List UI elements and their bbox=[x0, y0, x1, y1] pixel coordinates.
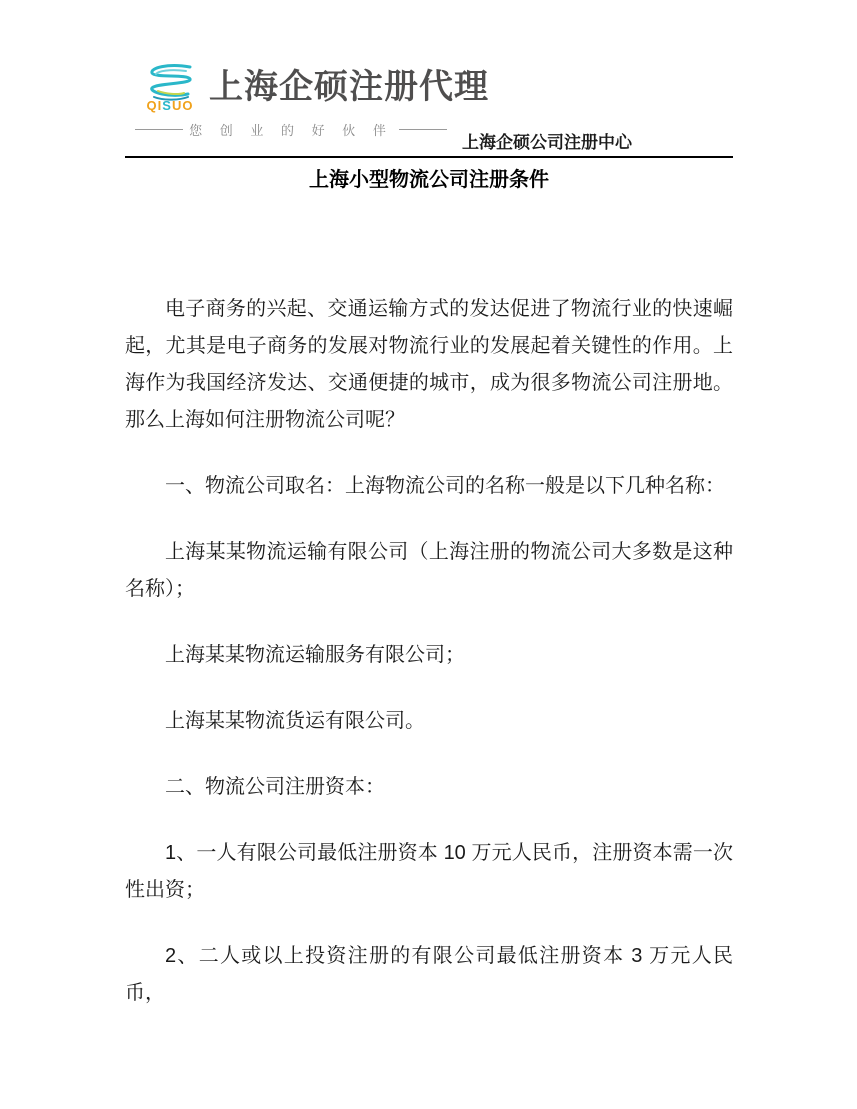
paragraph-name-example-1: 上海某某物流运输有限公司（上海注册的物流公司大多数是这种名称）； bbox=[125, 534, 733, 608]
paragraph-name-example-2: 上海某某物流运输服务有限公司； bbox=[125, 637, 733, 674]
paragraph-name-example-3: 上海某某物流货运有限公司。 bbox=[125, 703, 733, 740]
header-rule bbox=[125, 156, 733, 158]
qisuo-swirl-icon: QISUO bbox=[135, 62, 205, 112]
logo-wordmark-uo: UO bbox=[172, 98, 194, 113]
paragraph-section-1-heading: 一、物流公司取名：上海物流公司的名称一般是以下几种名称： bbox=[125, 468, 733, 505]
document-body: 电子商务的兴起、交通运输方式的发达促进了物流行业的快速崛起，尤其是电子商务的发展… bbox=[125, 195, 733, 1012]
logo-wordmark: QISUO bbox=[135, 100, 205, 112]
paragraph-section-2-heading: 二、物流公司注册资本： bbox=[125, 769, 733, 806]
paragraph-capital-item-1: 1、一人有限公司最低注册资本 10 万元人民币，注册资本需一次性出资； bbox=[125, 835, 733, 909]
document-page: QISUO 上海企硕注册代理 您 创 业 的 好 伙 伴 上海企硕公司注册中心 … bbox=[0, 0, 857, 1109]
brand-name: 上海企硕注册代理 bbox=[209, 62, 489, 112]
document-header: QISUO 上海企硕注册代理 您 创 业 的 好 伙 伴 上海企硕公司注册中心 bbox=[0, 0, 857, 158]
document-title: 上海小型物流公司注册条件 bbox=[125, 165, 733, 195]
tagline-right-line bbox=[399, 129, 447, 130]
paragraph-intro: 电子商务的兴起、交通运输方式的发达促进了物流行业的快速崛起，尤其是电子商务的发展… bbox=[125, 291, 733, 439]
paragraph-capital-item-2: 2、二人或以上投资注册的有限公司最低注册资本 3 万元人民币， bbox=[125, 938, 733, 1012]
logo-wordmark-qi: QI bbox=[147, 98, 163, 113]
logo-row: QISUO 上海企硕注册代理 bbox=[135, 62, 447, 112]
tagline-left-line bbox=[135, 129, 183, 130]
tagline-text: 您 创 业 的 好 伙 伴 bbox=[183, 120, 399, 139]
company-logo: QISUO 上海企硕注册代理 您 创 业 的 好 伙 伴 bbox=[135, 62, 447, 137]
logo-wordmark-s: S bbox=[162, 98, 172, 113]
